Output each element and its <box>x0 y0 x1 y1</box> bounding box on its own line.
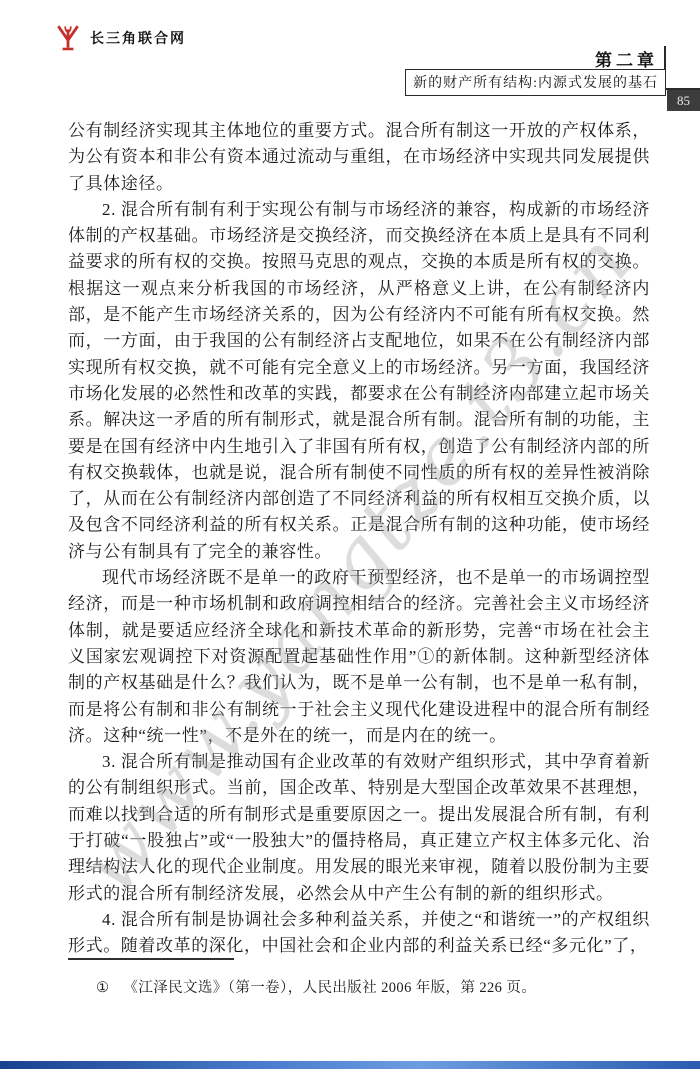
logo-text: 长三角联合网 <box>90 28 186 48</box>
page-number: 85 <box>677 93 690 108</box>
footnote-text: 《江泽民文选》（第一卷），人民出版社 2006 年版，第 226 页。 <box>123 980 536 996</box>
bottom-gradient-bar <box>0 1061 700 1069</box>
paragraph: 3. 混合所有制是推动国有企业改革的有效财产组织形式，其中孕育着新的公有制组织形… <box>68 749 650 907</box>
section-title-box: 新的财产所有结构:内源式发展的基石 <box>405 69 666 96</box>
chapter-label: 第二章 <box>595 46 658 71</box>
paragraph: 公有制经济实现其主体地位的重要方式。混合所有制这一开放的产权体系，为公有资本和非… <box>68 118 650 197</box>
section-title: 新的财产所有结构:内源式发展的基石 <box>413 76 658 91</box>
footnote-block: ①《江泽民文选》（第一卷），人民出版社 2006 年版，第 226 页。 <box>68 958 650 997</box>
trident-logo-icon <box>55 24 81 52</box>
site-logo: 长三角联合网 <box>55 24 186 52</box>
book-page: 长三角联合网 第二章 新的财产所有结构:内源式发展的基石 85 www.yang… <box>0 0 700 1069</box>
footnote: ①《江泽民文选》（第一卷），人民出版社 2006 年版，第 226 页。 <box>68 976 650 997</box>
paragraph: 4. 混合所有制是协调社会多种利益关系，并使之“和谐统一”的产权组织形式。随着改… <box>68 907 650 960</box>
chapter-vertical-rule <box>664 46 666 71</box>
footnote-separator <box>68 958 234 960</box>
body-text: 公有制经济实现其主体地位的重要方式。混合所有制这一开放的产权体系，为公有资本和非… <box>68 118 650 960</box>
paragraph: 现代市场经济既不是单一的政府干预型经济，也不是单一的市场调控型经济，而是一种市场… <box>68 565 650 749</box>
paragraph: 2. 混合所有制有利于实现公有制与市场经济的兼容，构成新的市场经济体制的产权基础… <box>68 197 650 565</box>
page-number-box: 85 <box>667 90 700 111</box>
footnote-marker: ① <box>96 980 109 996</box>
